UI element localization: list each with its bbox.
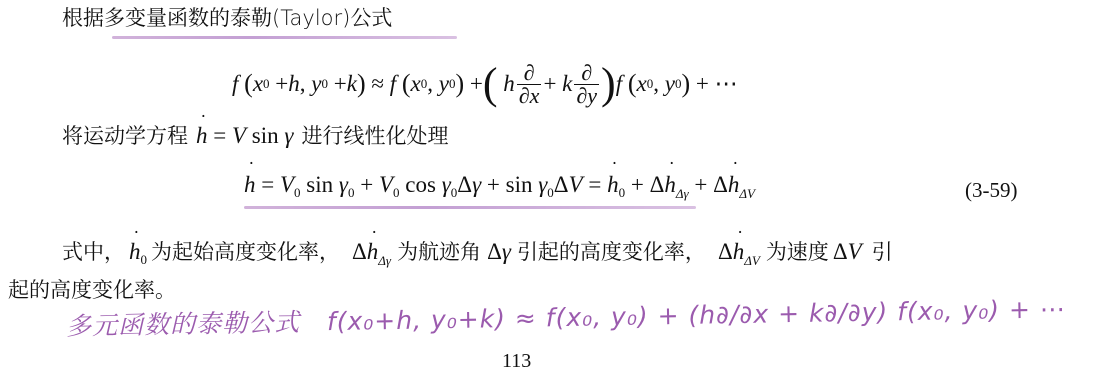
equation-3-59: h = V0 sin γ0 + V0 cos γ0Δγ + sin γ0ΔV =… — [244, 172, 755, 202]
delta-h-v-symbol: ΔhΔV — [718, 238, 760, 275]
expl-text: 式中， — [62, 238, 125, 266]
linearize-prefix: 将运动学方程 — [62, 122, 188, 150]
expl-text: 为速度 — [766, 238, 829, 266]
handwritten-annotation: 多元函数的泰勒公式 f(x₀+h, y₀+k) ≈ f(x₀, y₀) + (h… — [66, 289, 1066, 342]
explanation-line-2: 起的高度变化率。 — [8, 276, 176, 304]
handwritten-label: 多元函数的泰勒公式 — [66, 308, 300, 341]
linearize-line: 将运动学方程 h = V sin γ 进行线性化处理 — [62, 122, 448, 150]
highlight-underline-intro — [112, 36, 457, 39]
expl-text: 引 — [872, 238, 893, 266]
delta-gamma-symbol: Δγ — [487, 238, 511, 266]
equation-number: (3-59) — [965, 178, 1017, 203]
expl-text: 引起的高度变化率， — [517, 238, 706, 266]
intro-text: 根据多变量函数的泰勒(Taylor)公式 — [62, 6, 392, 30]
kinematic-equation: h = V sin γ — [196, 122, 293, 150]
h0-dot-symbol: h0 — [129, 238, 147, 274]
expl-text: 为航迹角 — [397, 238, 481, 266]
taylor-formula: f (x0 +h, y0 +k) ≈ f (x0, y0) + ( h ∂∂x … — [232, 52, 738, 116]
expl-text: 为起始高度变化率， — [151, 238, 340, 266]
partial-y-fraction: ∂∂y — [574, 62, 599, 107]
page-number: 113 — [502, 350, 531, 373]
delta-v-symbol: ΔV — [833, 238, 862, 266]
linearize-suffix: 进行线性化处理 — [301, 122, 448, 150]
handwritten-formula: f(x₀+h, y₀+k) ≈ f(x₀, y₀) + (h∂/∂x + k∂/… — [327, 294, 1066, 336]
explanation-line-1: 式中， h0 为起始高度变化率， ΔhΔγ 为航迹角 Δγ 引起的高度变化率， … — [62, 238, 893, 275]
highlight-underline-equation — [244, 206, 696, 209]
partial-x-fraction: ∂∂x — [517, 62, 542, 107]
intro-line: 根据多变量函数的泰勒(Taylor)公式 — [62, 4, 392, 32]
delta-h-gamma-symbol: ΔhΔγ — [352, 238, 391, 275]
